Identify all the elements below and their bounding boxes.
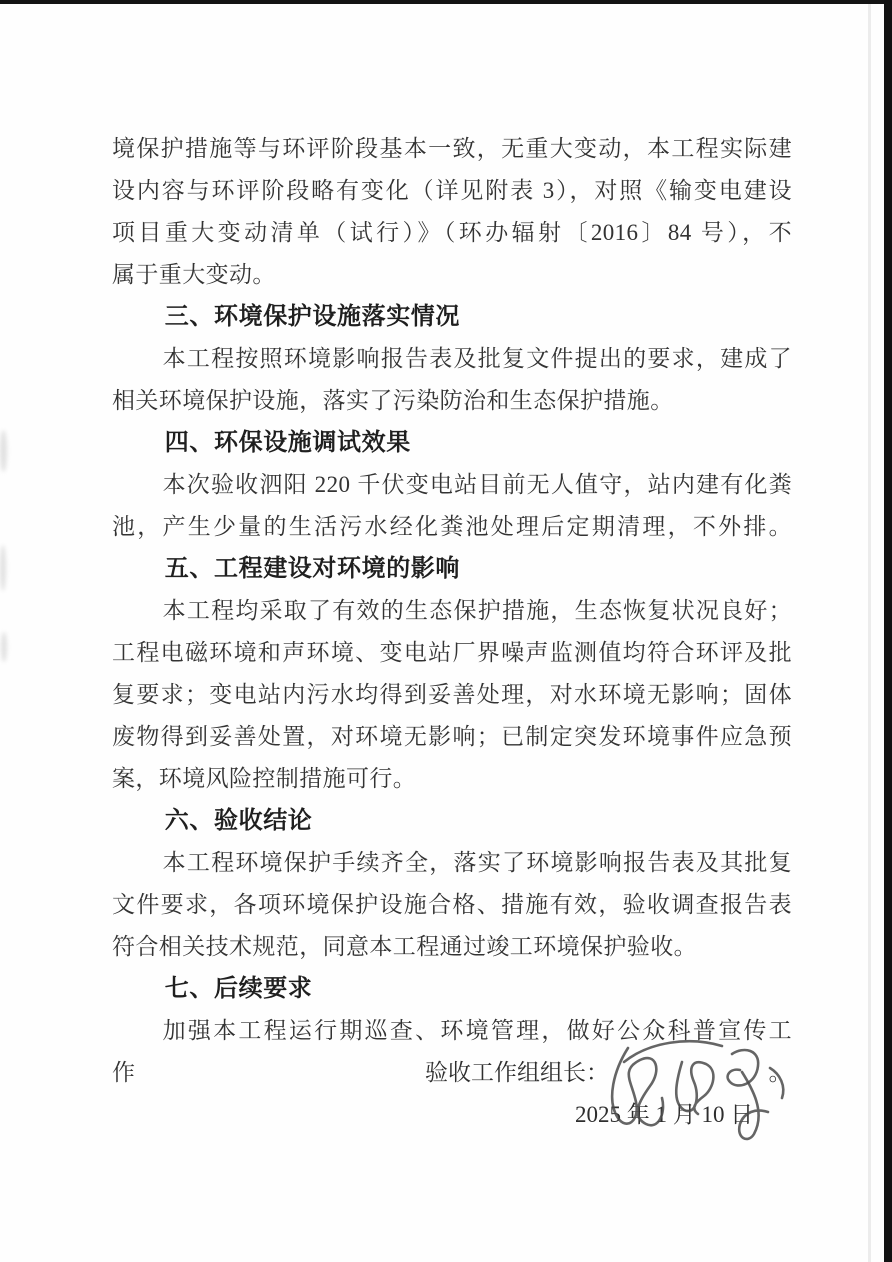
- body-line: 加强本工程运行期巡查、环境管理，做好公众科普宣传工作。: [112, 1010, 792, 1052]
- body-line: 本工程环境保护手续齐全，落实了环境影响报告表及其批复: [112, 842, 792, 884]
- body-line: 属于重大变动。: [112, 254, 792, 296]
- scan-artifact: [1, 632, 7, 662]
- paper-edge-shadow: [868, 4, 871, 1262]
- body-line: 本工程均采取了有效的生态保护措施，生态恢复状况良好；: [112, 590, 792, 632]
- body-line: 境保护措施等与环评阶段基本一致，无重大变动，本工程实际建: [112, 128, 792, 170]
- body-line: 文件要求，各项环境保护设施合格、措施有效，验收调查报告表: [112, 884, 792, 926]
- body-line: 本次验收泗阳 220 千伏变电站目前无人值守，站内建有化粪: [112, 464, 792, 506]
- document-page: 境保护措施等与环评阶段基本一致，无重大变动，本工程实际建 设内容与环评阶段略有变…: [0, 0, 892, 1262]
- section-heading: 三、环境保护设施落实情况: [112, 296, 792, 338]
- scan-artifact: [0, 545, 6, 591]
- section-heading: 七、后续要求: [112, 968, 792, 1010]
- body-line: 相关环境保护设施，落实了污染防治和生态保护措施。: [112, 380, 792, 422]
- body-line: 案，环境风险控制措施可行。: [112, 758, 792, 800]
- body-line: 池，产生少量的生活污水经化粪池处理后定期清理，不外排。: [112, 506, 792, 548]
- body-line: 工程电磁环境和声环境、变电站厂界噪声监测值均符合环评及批: [112, 632, 792, 674]
- document-body: 境保护措施等与环评阶段基本一致，无重大变动，本工程实际建 设内容与环评阶段略有变…: [112, 128, 792, 1136]
- body-line: 本工程按照环境影响报告表及批复文件提出的要求，建成了: [112, 338, 792, 380]
- body-line: 符合相关技术规范，同意本工程通过竣工环境保护验收。: [112, 926, 792, 968]
- scan-edge-right: [884, 0, 892, 1262]
- scan-edge-top: [0, 0, 892, 4]
- section-heading: 六、验收结论: [112, 800, 792, 842]
- section-heading: 四、环保设施调试效果: [112, 422, 792, 464]
- scan-artifact: [0, 430, 7, 472]
- body-line: 设内容与环评阶段略有变化（详见附表 3），对照《输变电建设: [112, 170, 792, 212]
- section-heading: 五、工程建设对环境的影响: [112, 548, 792, 590]
- body-line: 复要求；变电站内污水均得到妥善处理，对水环境无影响；固体: [112, 674, 792, 716]
- body-line: 废物得到妥善处置，对环境无影响；已制定突发环境事件应急预: [112, 716, 792, 758]
- body-line: 项目重大变动清单（试行）》（环办辐射〔2016〕84 号），不: [112, 212, 792, 254]
- sign-off-date: 2025 年 1 月 10 日: [112, 1094, 792, 1136]
